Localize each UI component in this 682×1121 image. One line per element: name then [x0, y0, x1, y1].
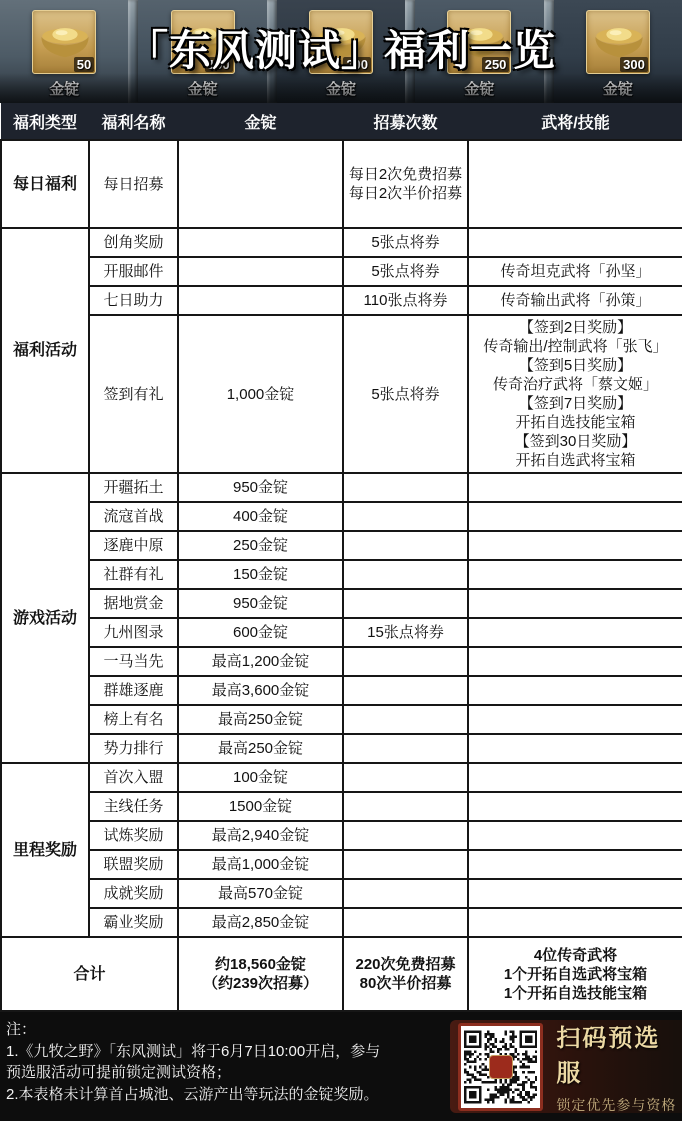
banner-panel: 300 金锭 [554, 0, 682, 103]
recruit-cell [343, 879, 468, 908]
benefit-name-cell: 成就奖励 [89, 879, 178, 908]
ingot-amount-badge: 200 [343, 57, 371, 72]
recruit-cell [343, 502, 468, 531]
gold-ingot-icon: 200 [309, 10, 373, 74]
benefit-name-cell: 榜上有名 [89, 705, 178, 734]
hero-cell: 【签到2日奖励】 传奇输出/控制武将「张飞」 【签到5日奖励】 传奇治疗武将「蔡… [468, 315, 682, 473]
recruit-cell: 5张点将券 [343, 228, 468, 257]
table-row: 七日助力 110张点将券 传奇输出武将「孙策」 [1, 286, 682, 315]
recruit-cell [343, 850, 468, 879]
banner-panel: 200 金锭 [277, 0, 405, 103]
hero-cell [468, 792, 682, 821]
recruit-cell: 5张点将券 [343, 257, 468, 286]
benefit-name-cell: 创角奖励 [89, 228, 178, 257]
table-row: 每日福利 每日招募 每日2次免费招募 每日2次半价招募 [1, 140, 682, 228]
ingot-amount-badge: 300 [620, 57, 648, 72]
total-hero-cell: 4位传奇武将 1个开拓自选武将宝箱 1个开拓自选技能宝箱 [468, 937, 682, 1011]
gold-cell: 最高570金锭 [178, 879, 343, 908]
benefit-name-cell: 社群有礼 [89, 560, 178, 589]
benefit-name-cell: 一马当先 [89, 647, 178, 676]
recruit-cell [343, 589, 468, 618]
benefit-name-cell: 开疆拓土 [89, 473, 178, 502]
hero-cell [468, 763, 682, 792]
table-row: 势力排行 最高250金锭 [1, 734, 682, 763]
table-row: 里程奖励 首次入盟 100金锭 [1, 763, 682, 792]
table-row: 游戏活动 开疆拓土 950金锭 [1, 473, 682, 502]
col-header-recruit: 招募次数 [343, 103, 468, 140]
benefit-name-cell: 联盟奖励 [89, 850, 178, 879]
qr-center-logo [489, 1055, 513, 1079]
recruit-cell: 15张点将券 [343, 618, 468, 647]
gold-cell [178, 228, 343, 257]
total-row: 合计 约18,560金锭 （约239次招募） 220次免费招募 80次半价招募 … [1, 937, 682, 1011]
banner-panel: 100 金锭 [138, 0, 266, 103]
qr-subtitle: 锁定优先参与资格 [556, 1095, 682, 1115]
recruit-cell [343, 734, 468, 763]
table-row: 福利活动 创角奖励 5张点将券 [1, 228, 682, 257]
recruit-cell [343, 473, 468, 502]
benefit-name-cell: 七日助力 [89, 286, 178, 315]
recruit-cell [343, 531, 468, 560]
benefit-name-cell: 据地赏金 [89, 589, 178, 618]
hero-cell [468, 879, 682, 908]
table-row: 成就奖励 最高570金锭 [1, 879, 682, 908]
group-cell: 每日福利 [1, 140, 89, 228]
gold-cell: 950金锭 [178, 473, 343, 502]
qr-text: 扫码预选服 锁定优先参与资格 [556, 1018, 682, 1115]
table-row: 主线任务 1500金锭 [1, 792, 682, 821]
benefit-name-cell: 主线任务 [89, 792, 178, 821]
table-row: 霸业奖励 最高2,850金锭 [1, 908, 682, 937]
ingot-label: 金锭 [326, 78, 356, 99]
table-row: 流寇首战 400金锭 [1, 502, 682, 531]
ingot-label: 金锭 [188, 78, 218, 99]
recruit-cell [343, 705, 468, 734]
gold-ingot-icon: 50 [32, 10, 96, 74]
hero-cell: 传奇输出武将「孙策」 [468, 286, 682, 315]
benefit-name-cell: 试炼奖励 [89, 821, 178, 850]
hero-cell [468, 473, 682, 502]
ingot-label: 金锭 [464, 78, 494, 99]
col-header-gold: 金锭 [178, 103, 343, 140]
table-row: 一马当先 最高1,200金锭 [1, 647, 682, 676]
col-header-benefit-type: 福利类型 [1, 103, 89, 140]
qr-panel: 扫码预选服 锁定优先参与资格 [450, 1020, 682, 1113]
total-label-cell: 合计 [1, 937, 178, 1011]
table-row: 签到有礼 1,000金锭 5张点将券 【签到2日奖励】 传奇输出/控制武将「张飞… [1, 315, 682, 473]
ingot-amount-badge: 50 [74, 57, 94, 72]
recruit-cell: 110张点将券 [343, 286, 468, 315]
hero-cell [468, 589, 682, 618]
gold-cell: 1,000金锭 [178, 315, 343, 473]
benefit-name-cell: 九州图录 [89, 618, 178, 647]
promo-page: 50 金锭 100 金锭 200 金锭 250 金锭 [0, 0, 682, 1121]
gold-cell: 最高2,940金锭 [178, 821, 343, 850]
recruit-cell [343, 792, 468, 821]
hero-cell [468, 908, 682, 937]
benefit-name-cell: 开服邮件 [89, 257, 178, 286]
table-row: 据地赏金 950金锭 [1, 589, 682, 618]
gold-ingot-icon: 300 [586, 10, 650, 74]
gold-cell: 最高250金锭 [178, 734, 343, 763]
benefit-name-cell: 霸业奖励 [89, 908, 178, 937]
table-row: 群雄逐鹿 最高3,600金锭 [1, 676, 682, 705]
group-cell: 福利活动 [1, 228, 89, 473]
recruit-cell [343, 821, 468, 850]
table-row: 九州图录 600金锭 15张点将券 [1, 618, 682, 647]
recruit-cell [343, 908, 468, 937]
table-header-row: 福利类型 福利名称 金锭 招募次数 武将/技能 [1, 103, 682, 140]
hero-cell [468, 705, 682, 734]
gold-cell: 950金锭 [178, 589, 343, 618]
hero-cell [468, 560, 682, 589]
recruit-cell [343, 763, 468, 792]
gold-cell: 400金锭 [178, 502, 343, 531]
benefit-name-cell: 每日招募 [89, 140, 178, 228]
footnotes: 注： 1.《九牧之野》「东风测试」将于6月7日10:00开启，参与 预选服活动可… [0, 1012, 450, 1121]
ingot-label: 金锭 [603, 78, 633, 99]
banner-divider [405, 0, 415, 103]
gold-cell: 最高1,000金锭 [178, 850, 343, 879]
recruit-cell: 每日2次免费招募 每日2次半价招募 [343, 140, 468, 228]
benefit-name-cell: 签到有礼 [89, 315, 178, 473]
benefits-table: 福利类型 福利名称 金锭 招募次数 武将/技能 每日福利 每日招募 每日2次免费… [0, 103, 682, 1012]
table-row: 社群有礼 150金锭 [1, 560, 682, 589]
hero-cell [468, 821, 682, 850]
total-gold-cell: 约18,560金锭 （约239次招募） [178, 937, 343, 1011]
hero-cell [468, 502, 682, 531]
hero-cell [468, 734, 682, 763]
gold-cell: 最高2,850金锭 [178, 908, 343, 937]
ingot-amount-badge: 250 [482, 57, 510, 72]
gold-cell: 150金锭 [178, 560, 343, 589]
gold-cell: 250金锭 [178, 531, 343, 560]
banner-divider [128, 0, 138, 103]
banner: 50 金锭 100 金锭 200 金锭 250 金锭 [0, 0, 682, 103]
group-cell: 游戏活动 [1, 473, 89, 763]
qr-code [458, 1023, 543, 1111]
gold-ingot-icon: 100 [171, 10, 235, 74]
recruit-cell [343, 676, 468, 705]
gold-cell: 600金锭 [178, 618, 343, 647]
hero-cell [468, 647, 682, 676]
gold-cell: 最高250金锭 [178, 705, 343, 734]
footer: 注： 1.《九牧之野》「东风测试」将于6月7日10:00开启，参与 预选服活动可… [0, 1012, 682, 1121]
banner-panel: 50 金锭 [0, 0, 128, 103]
recruit-cell [343, 647, 468, 676]
banner-divider [544, 0, 554, 103]
recruit-cell [343, 560, 468, 589]
benefit-name-cell: 逐鹿中原 [89, 531, 178, 560]
benefit-name-cell: 群雄逐鹿 [89, 676, 178, 705]
gold-cell: 100金锭 [178, 763, 343, 792]
banner-divider [267, 0, 277, 103]
ingot-amount-badge: 100 [205, 57, 233, 72]
banner-panel: 250 金锭 [415, 0, 543, 103]
col-header-benefit-name: 福利名称 [89, 103, 178, 140]
total-recruit-cell: 220次免费招募 80次半价招募 [343, 937, 468, 1011]
hero-cell [468, 531, 682, 560]
group-cell: 里程奖励 [1, 763, 89, 937]
gold-cell: 最高1,200金锭 [178, 647, 343, 676]
gold-cell: 最高3,600金锭 [178, 676, 343, 705]
benefit-name-cell: 流寇首战 [89, 502, 178, 531]
table-row: 榜上有名 最高250金锭 [1, 705, 682, 734]
benefit-name-cell: 首次入盟 [89, 763, 178, 792]
benefit-name-cell: 势力排行 [89, 734, 178, 763]
table-row: 联盟奖励 最高1,000金锭 [1, 850, 682, 879]
table-row: 开服邮件 5张点将券 传奇坦克武将「孙坚」 [1, 257, 682, 286]
gold-cell [178, 286, 343, 315]
hero-cell [468, 228, 682, 257]
table-row: 逐鹿中原 250金锭 [1, 531, 682, 560]
qr-title: 扫码预选服 [556, 1018, 682, 1088]
hero-cell [468, 850, 682, 879]
gold-ingot-icon: 250 [447, 10, 511, 74]
gold-cell: 1500金锭 [178, 792, 343, 821]
hero-cell: 传奇坦克武将「孙坚」 [468, 257, 682, 286]
col-header-hero: 武将/技能 [468, 103, 682, 140]
table-row: 试炼奖励 最高2,940金锭 [1, 821, 682, 850]
recruit-cell: 5张点将券 [343, 315, 468, 473]
gold-cell [178, 140, 343, 228]
gold-cell [178, 257, 343, 286]
ingot-label: 金锭 [49, 78, 79, 99]
hero-cell [468, 676, 682, 705]
hero-cell [468, 140, 682, 228]
hero-cell [468, 618, 682, 647]
